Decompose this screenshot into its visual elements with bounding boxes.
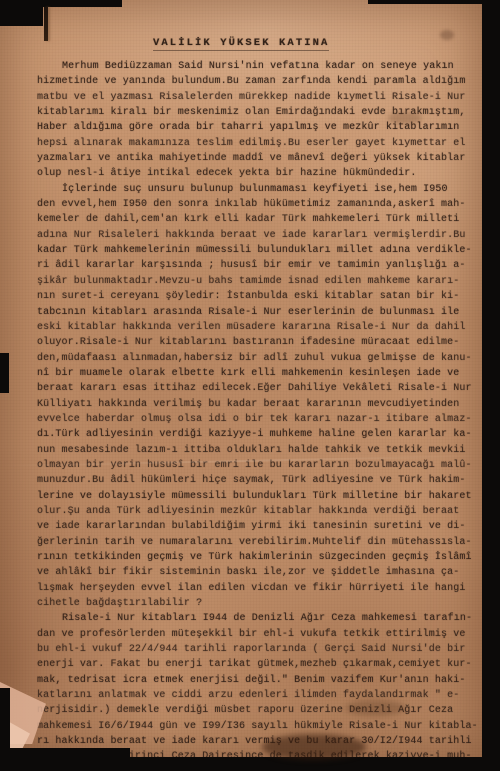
text-line: dı.Türk adliyesinin verdiği kaziyye-i mu…: [37, 427, 475, 442]
scan-edge-top-left: [0, 0, 43, 26]
text-line: adına Nur Risaleleri hakkında beraat ve …: [37, 228, 475, 243]
text-line: kitablarımı kiralı bir meskenimiz olan E…: [37, 105, 475, 120]
text-line: ve iade kararlarından bulabildiğim yirmi…: [37, 519, 475, 534]
text-line: Merhum Bediüzzaman Said Nursi'nin vefatı…: [37, 59, 475, 74]
text-line: mak, tedrisat icra etmek enerjisi değil.…: [37, 673, 475, 688]
text-line: Külliyatı hakkında verilmiş bu kadar ber…: [37, 397, 475, 412]
text-line: hizmetinde ve yanında bulundum.Bu zaman …: [37, 74, 475, 89]
text-line: evvelce haberdar olmuş olsa idi o bir te…: [37, 412, 475, 427]
text-line: nî bir muamele olarak elbette kırk elli …: [37, 366, 475, 381]
text-line: kemeler de dahil,cem'an kırk elli kadar …: [37, 212, 475, 227]
text-line: oluyor.Risale-i Nur kitablarını bastıran…: [37, 335, 475, 350]
scan-edge-right: [482, 0, 500, 771]
text-line: Haber aldığıma göre orada bir taharri ya…: [37, 120, 475, 135]
text-line: rının tetkikinden geçmiş ve Türk hakimle…: [37, 550, 475, 565]
scan-edge-left: [0, 353, 9, 393]
text-line: olup nesl-i âtiye intikal edecek yekta b…: [37, 166, 475, 181]
text-line: matbu ve el yazması Risalelerden mürekke…: [37, 90, 475, 105]
text-line: tabcının kitabları arasında Risale-i Nur…: [37, 305, 475, 320]
text-line: nerjisidir.) demekle verdiği müsbet rapo…: [37, 703, 475, 718]
text-line: cihetle bağdaştırılabilir ?: [37, 596, 475, 611]
text-line: olur.Şu anda Türk adliyesinin mezkûr kit…: [37, 504, 475, 519]
text-line: hepsi alınarak makamınıza teslim edilmiş…: [37, 136, 475, 151]
text-line: Risale-i Nur kitabları I944 de Denizli A…: [37, 611, 475, 626]
scan-edge-bottom: [0, 757, 500, 771]
document-title: VALİLİK YÜKSEK KATINA: [153, 37, 329, 51]
text-line: dan ve profesörlerden müteşekkil bir ehl…: [37, 627, 475, 642]
text-line: munuzdur.Bu âdil hükümleri hiçe saymak, …: [37, 473, 475, 488]
text-line: İçlerinde suç unsuru bulunup bulunmaması…: [37, 182, 475, 197]
text-line: mahkemesi I6/6/I944 gün ve I99/I36 sayıl…: [37, 719, 475, 734]
text-line: eski kitablar hakkında verilen müsadere …: [37, 320, 475, 335]
scan-edge-top-right: [368, 0, 500, 4]
text-line: ğerlerinin tarih ve numaralarını verebil…: [37, 535, 475, 550]
text-line: den evvel,hem I950 den sonra inkılab hük…: [37, 197, 475, 212]
text-line: kadar Türk mahkemelerinin mümessili bulu…: [37, 243, 475, 258]
text-line: katlarını anlatmak ve ciddi arzu edenler…: [37, 688, 475, 703]
text-line: den,müdafaası alınmadan,habersiz bir adl…: [37, 351, 475, 366]
document-content: VALİLİK YÜKSEK KATINA Merhum Bediüzzaman…: [37, 32, 475, 765]
document-body: Merhum Bediüzzaman Said Nursi'nin vefatı…: [37, 59, 475, 765]
text-line: beraat kararı esas ittihaz edilecek.Eğer…: [37, 381, 475, 396]
text-line: bu ehl-i vukuf 22/4/944 tarihli raporlar…: [37, 642, 475, 657]
text-line: ri âdil kararlar karşısında ; hususî bir…: [37, 258, 475, 273]
text-line: enerji var. Fakat bu enerji tarikat gütm…: [37, 657, 475, 672]
text-line: lerine ve dolayısiyle mümessili bulunduk…: [37, 489, 475, 504]
text-line: nın suret-i cereyanı şöyledir: İstanbuld…: [37, 289, 475, 304]
text-line: şikâr bulunmaktadır.Mevzu-u bahs tamimde…: [37, 274, 475, 289]
staple-mark: [44, 7, 48, 41]
text-line: yazmaları ve antika mahiyetinde maddî ve…: [37, 151, 475, 166]
text-line: lışmak herşeyden evvel ilan edilen vicda…: [37, 581, 475, 596]
text-line: ve ahlâkî bir fikir sisteminin baskı ile…: [37, 565, 475, 580]
